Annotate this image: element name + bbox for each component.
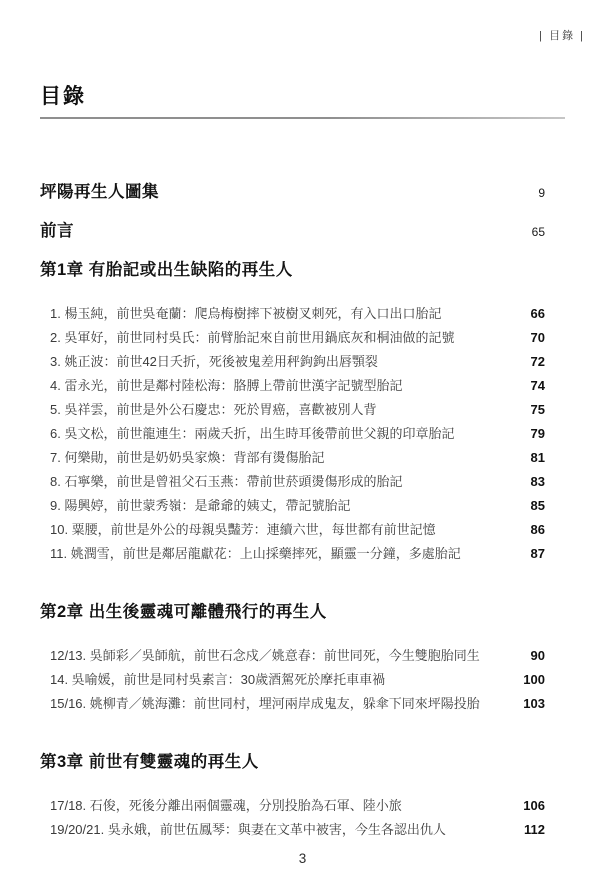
- title-divider: [40, 117, 565, 119]
- chapter-2-entries: 12/13. 吳師彩／吳師航，前世石念戍／姚意春：前世同死，今生雙胞胎同生 90…: [40, 644, 565, 716]
- entry-label: 17/18. 石俊，死後分離出兩個靈魂，分別投胎為石軍、陸小旅: [50, 794, 402, 818]
- toc-entry: 19/20/21. 吳永娥，前世伍鳳琴：與妻在文革中被害，今生各認出仇人 112: [50, 818, 565, 842]
- entry-label: 12/13. 吳師彩／吳師航，前世石念戍／姚意春：前世同死，今生雙胞胎同生: [50, 644, 480, 668]
- toc-entry: 8. 石寧樂，前世是曾祖父石玉燕：帶前世菸頭燙傷形成的胎記 83: [50, 470, 565, 494]
- front-item-preface: 前言 65: [40, 219, 565, 244]
- toc-entry: 17/18. 石俊，死後分離出兩個靈魂，分別投胎為石軍、陸小旅 106: [50, 794, 565, 818]
- entry-page-number: 81: [531, 446, 545, 470]
- entry-page-number: 79: [531, 422, 545, 446]
- chapter-3-entries: 17/18. 石俊，死後分離出兩個靈魂，分別投胎為石軍、陸小旅 106 19/2…: [40, 794, 565, 842]
- entry-page-number: 70: [531, 326, 545, 350]
- entry-page-number: 83: [531, 470, 545, 494]
- entry-label: 2. 吳軍好，前世同村吳氏：前臂胎記來自前世用鍋底灰和桐油做的記號: [50, 326, 454, 350]
- running-header: | 目錄 |: [539, 27, 585, 43]
- toc-entry: 5. 吳祥雲，前世是外公石慶忠：死於胃癌，喜歡被別人背 75: [50, 398, 565, 422]
- toc-page: | 目錄 | 目錄 坪陽再生人圖集 9 前言 65 第1章 有胎記或出生缺陷的再…: [0, 0, 605, 896]
- entry-page-number: 106: [523, 794, 545, 818]
- entry-page-number: 86: [531, 518, 545, 542]
- page-title: 目錄: [40, 80, 86, 110]
- front-item-atlas: 坪陽再生人圖集 9: [40, 180, 565, 205]
- entry-page-number: 85: [531, 494, 545, 518]
- entry-label: 10. 粟腰，前世是外公的母親吳豔芳：連續六世，每世都有前世記憶: [50, 518, 436, 542]
- table-of-contents: 坪陽再生人圖集 9 前言 65 第1章 有胎記或出生缺陷的再生人 1. 楊玉純，…: [40, 180, 565, 842]
- entry-label: 8. 石寧樂，前世是曾祖父石玉燕：帶前世菸頭燙傷形成的胎記: [50, 470, 402, 494]
- chapter-2-section: 第2章 出生後靈魂可離體飛行的再生人 12/13. 吳師彩／吳師航，前世石念戍／…: [40, 600, 565, 716]
- entry-page-number: 103: [523, 692, 545, 716]
- chapter-1-section: 第1章 有胎記或出生缺陷的再生人 1. 楊玉純，前世吳奄蘭：爬烏梅樹摔下被樹叉刺…: [40, 258, 565, 566]
- toc-entry: 3. 姚正波：前世42日夭折，死後被鬼差用秤鉤鉤出唇顎裂 72: [50, 350, 565, 374]
- toc-entry: 2. 吳軍好，前世同村吳氏：前臂胎記來自前世用鍋底灰和桐油做的記號 70: [50, 326, 565, 350]
- entry-page-number: 72: [531, 350, 545, 374]
- chapter-1-title: 第1章 有胎記或出生缺陷的再生人: [40, 258, 565, 282]
- toc-entry: 7. 何樂勛，前世是奶奶吳家煥：背部有燙傷胎記 81: [50, 446, 565, 470]
- entry-label: 4. 雷永光，前世是鄰村陸松海：胳膊上帶前世漢字記號型胎記: [50, 374, 402, 398]
- entry-page-number: 87: [531, 542, 545, 566]
- entry-label: 19/20/21. 吳永娥，前世伍鳳琴：與妻在文革中被害，今生各認出仇人: [50, 818, 446, 842]
- toc-entry: 10. 粟腰，前世是外公的母親吳豔芳：連續六世，每世都有前世記憶 86: [50, 518, 565, 542]
- entry-page-number: 74: [531, 374, 545, 398]
- chapter-3-title: 第3章 前世有雙靈魂的再生人: [40, 750, 565, 774]
- entry-label: 3. 姚正波：前世42日夭折，死後被鬼差用秤鉤鉤出唇顎裂: [50, 350, 378, 374]
- toc-entry: 4. 雷永光，前世是鄰村陸松海：胳膊上帶前世漢字記號型胎記 74: [50, 374, 565, 398]
- front-item-label: 前言: [40, 219, 74, 243]
- entry-label: 14. 吳喻媛，前世是同村吳素言：30歲酒駕死於摩托車車禍: [50, 668, 385, 692]
- front-item-label: 坪陽再生人圖集: [40, 180, 159, 204]
- entry-page-number: 90: [531, 644, 545, 668]
- entry-page-number: 112: [524, 818, 545, 842]
- entry-label: 1. 楊玉純，前世吳奄蘭：爬烏梅樹摔下被樹叉刺死，有入口出口胎記: [50, 302, 441, 326]
- entry-page-number: 66: [531, 302, 545, 326]
- front-item-page-number: 9: [538, 181, 545, 205]
- toc-entry: 6. 吳文松，前世龍連生：兩歲夭折，出生時耳後帶前世父親的印章胎記 79: [50, 422, 565, 446]
- entry-label: 5. 吳祥雲，前世是外公石慶忠：死於胃癌，喜歡被別人背: [50, 398, 376, 422]
- entry-label: 11. 姚潤雪，前世是鄰居龍獻花：上山採藥摔死，顯靈一分鐘，多處胎記: [50, 542, 461, 566]
- chapter-3-section: 第3章 前世有雙靈魂的再生人 17/18. 石俊，死後分離出兩個靈魂，分別投胎為…: [40, 750, 565, 842]
- entry-label: 9. 陽興婷，前世蒙秀嶺：是爺爺的姨丈，帶記號胎記: [50, 494, 350, 518]
- entry-label: 15/16. 姚柳青／姚海灘：前世同村，埋河兩岸成鬼友，躲傘下同來坪陽投胎: [50, 692, 480, 716]
- toc-entry: 12/13. 吳師彩／吳師航，前世石念戍／姚意春：前世同死，今生雙胞胎同生 90: [50, 644, 565, 668]
- entry-page-number: 100: [523, 668, 545, 692]
- toc-entry: 14. 吳喻媛，前世是同村吳素言：30歲酒駕死於摩托車車禍 100: [50, 668, 565, 692]
- entry-page-number: 75: [531, 398, 545, 422]
- chapter-2-title: 第2章 出生後靈魂可離體飛行的再生人: [40, 600, 565, 624]
- toc-entry: 11. 姚潤雪，前世是鄰居龍獻花：上山採藥摔死，顯靈一分鐘，多處胎記 87: [50, 542, 565, 566]
- front-item-page-number: 65: [532, 220, 545, 244]
- entry-label: 6. 吳文松，前世龍連生：兩歲夭折，出生時耳後帶前世父親的印章胎記: [50, 422, 454, 446]
- footer-page-number: 3: [0, 851, 605, 866]
- toc-entry: 15/16. 姚柳青／姚海灘：前世同村，埋河兩岸成鬼友，躲傘下同來坪陽投胎 10…: [50, 692, 565, 716]
- entry-label: 7. 何樂勛，前世是奶奶吳家煥：背部有燙傷胎記: [50, 446, 324, 470]
- toc-entry: 1. 楊玉純，前世吳奄蘭：爬烏梅樹摔下被樹叉刺死，有入口出口胎記 66: [50, 302, 565, 326]
- chapter-1-entries: 1. 楊玉純，前世吳奄蘭：爬烏梅樹摔下被樹叉刺死，有入口出口胎記 66 2. 吳…: [40, 302, 565, 566]
- toc-entry: 9. 陽興婷，前世蒙秀嶺：是爺爺的姨丈，帶記號胎記 85: [50, 494, 565, 518]
